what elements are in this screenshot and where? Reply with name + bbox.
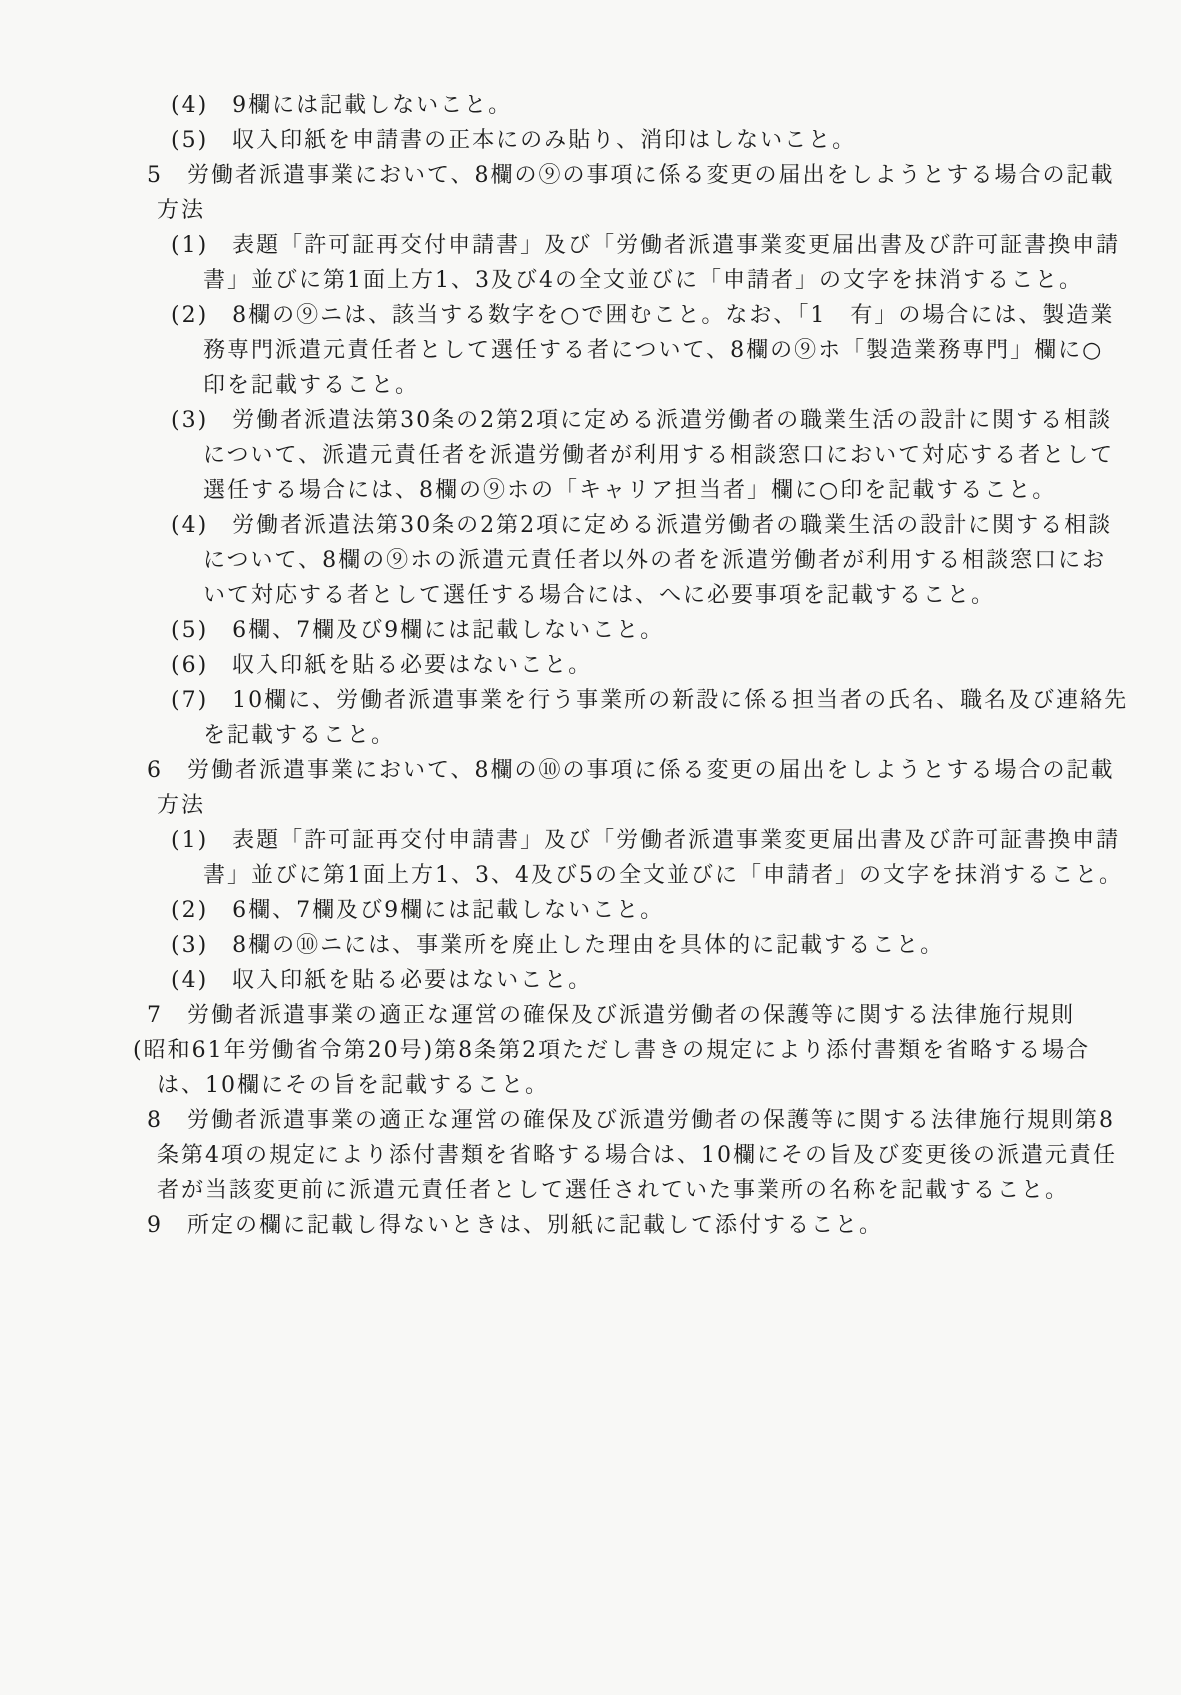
doc-line: (6) 収入印紙を貼る必要はないこと。 <box>0 648 1181 683</box>
doc-line: (5) 収入印紙を申請書の正本にのみ貼り、消印はしないこと。 <box>0 123 1181 158</box>
doc-line: (4) 労働者派遣法第30条の2第2項に定める派遣労働者の職業生活の設計に関する… <box>0 508 1181 543</box>
doc-line: について、派遣元責任者を派遣労働者が利用する相談窓口において対応する者として <box>0 438 1181 473</box>
doc-line: 5 労働者派遣事業において、8欄の⑨の事項に係る変更の届出をしようとする場合の記… <box>0 158 1181 193</box>
doc-line: 務専門派遣元責任者として選任する者について、8欄の⑨ホ「製造業務専門」欄に○ <box>0 333 1181 368</box>
doc-line: 9 所定の欄に記載し得ないときは、別紙に記載して添付すること。 <box>0 1208 1181 1243</box>
doc-line: (2) 8欄の⑨ニは、該当する数字を○で囲むこと。なお、「1 有」の場合には、製… <box>0 298 1181 333</box>
doc-line: について、8欄の⑨ホの派遣元責任者以外の者を派遣労働者が利用する相談窓口にお <box>0 543 1181 578</box>
doc-line: 選任する場合には、8欄の⑨ホの「キャリア担当者」欄に○印を記載すること。 <box>0 473 1181 508</box>
doc-line: (7) 10欄に、労働者派遣事業を行う事業所の新設に係る担当者の氏名、職名及び連… <box>0 683 1181 718</box>
doc-line: 方法 <box>0 788 1181 823</box>
doc-line: 8 労働者派遣事業の適正な運営の確保及び派遣労働者の保護等に関する法律施行規則第… <box>0 1103 1181 1138</box>
doc-line: 7 労働者派遣事業の適正な運営の確保及び派遣労働者の保護等に関する法律施行規則 <box>0 998 1181 1033</box>
doc-line: (2) 6欄、7欄及び9欄には記載しないこと。 <box>0 893 1181 928</box>
doc-line: 者が当該変更前に派遣元責任者として選任されていた事業所の名称を記載すること。 <box>0 1173 1181 1208</box>
doc-line: を記載すること。 <box>0 718 1181 753</box>
doc-line: (3) 労働者派遣法第30条の2第2項に定める派遣労働者の職業生活の設計に関する… <box>0 403 1181 438</box>
doc-line: 書」並びに第1面上方1、3、4及び5の全文並びに「申請者」の文字を抹消すること。 <box>0 858 1181 893</box>
doc-line: (4) 9欄には記載しないこと。 <box>0 88 1181 123</box>
doc-line: (5) 6欄、7欄及び9欄には記載しないこと。 <box>0 613 1181 648</box>
doc-line: 書」並びに第1面上方1、3及び4の全文並びに「申請者」の文字を抹消すること。 <box>0 263 1181 298</box>
doc-line: 印を記載すること。 <box>0 368 1181 403</box>
doc-line: (4) 収入印紙を貼る必要はないこと。 <box>0 963 1181 998</box>
doc-line: いて対応する者として選任する場合には、へに必要事項を記載すること。 <box>0 578 1181 613</box>
doc-line: 方法 <box>0 193 1181 228</box>
doc-line: (昭和61年労働省令第20号)第8条第2項ただし書きの規定により添付書類を省略す… <box>0 1033 1181 1068</box>
doc-line: (1) 表題「許可証再交付申請書」及び「労働者派遣事業変更届出書及び許可証書換申… <box>0 228 1181 263</box>
doc-line: (3) 8欄の⑩ニには、事業所を廃止した理由を具体的に記載すること。 <box>0 928 1181 963</box>
doc-line: 条第4項の規定により添付書類を省略する場合は、10欄にその旨及び変更後の派遣元責… <box>0 1138 1181 1173</box>
doc-line: 6 労働者派遣事業において、8欄の⑩の事項に係る変更の届出をしようとする場合の記… <box>0 753 1181 788</box>
doc-line: (1) 表題「許可証再交付申請書」及び「労働者派遣事業変更届出書及び許可証書換申… <box>0 823 1181 858</box>
doc-line: は、10欄にその旨を記載すること。 <box>0 1068 1181 1103</box>
document-page: (4) 9欄には記載しないこと。 (5) 収入印紙を申請書の正本にのみ貼り、消印… <box>0 0 1181 1695</box>
